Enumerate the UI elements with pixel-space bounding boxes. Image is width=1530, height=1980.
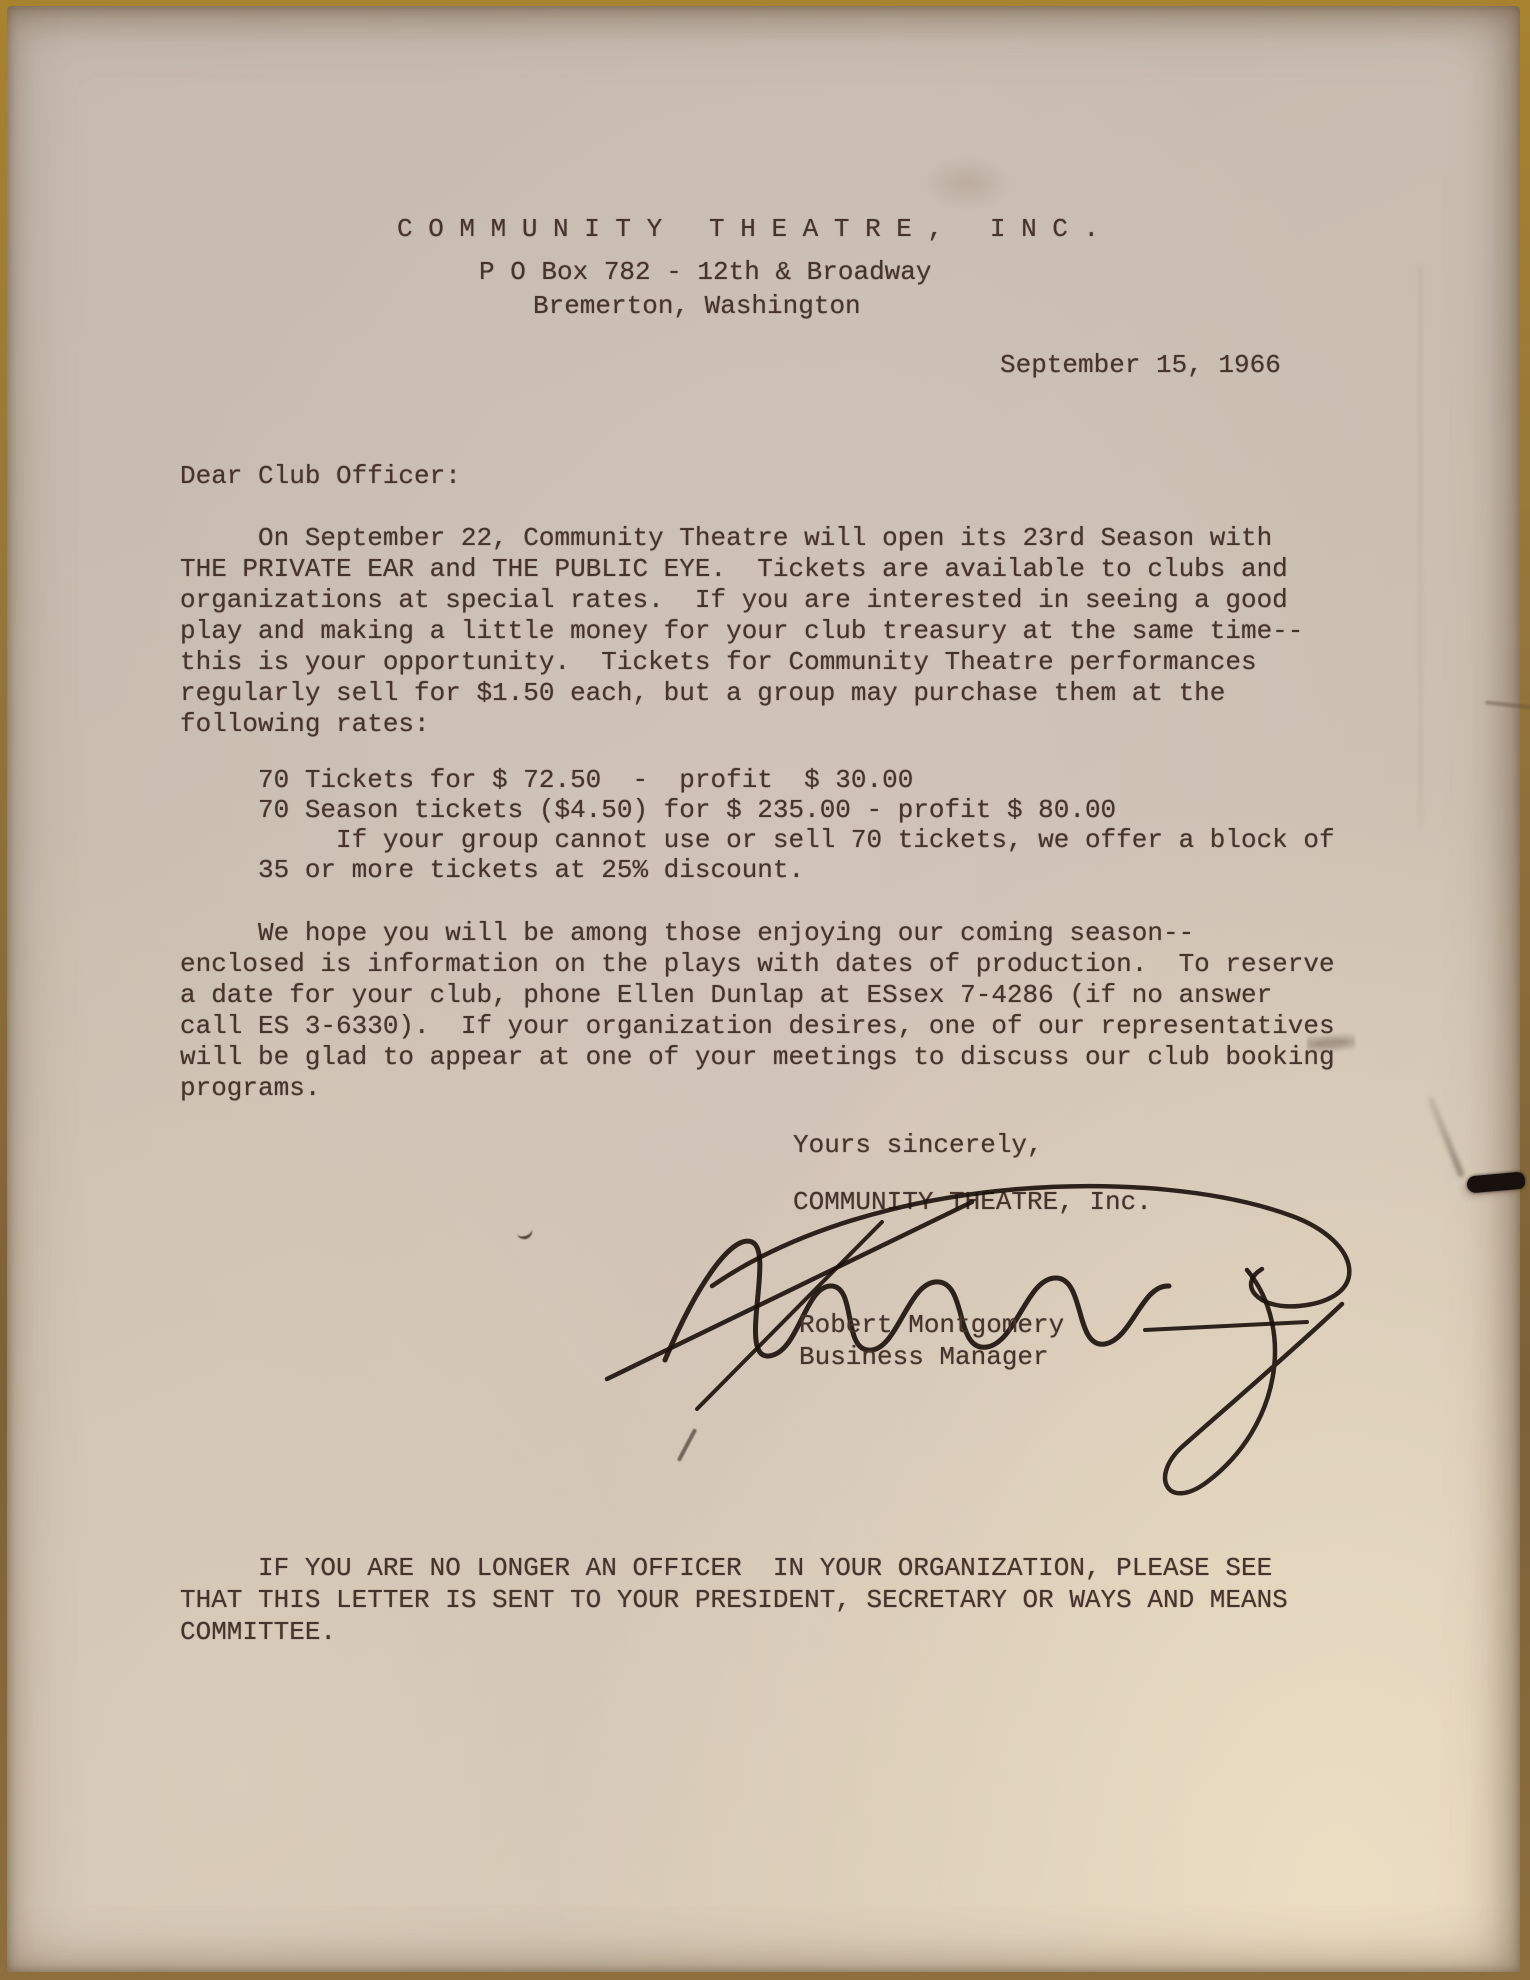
salutation: Dear Club Officer: — [180, 461, 461, 492]
letter-page: C O M M U N I T Y T H E A T R E , I N C … — [7, 6, 1520, 1972]
postscript-notice: IF YOU ARE NO LONGER AN OFFICER IN YOUR … — [180, 1552, 1288, 1648]
paper-stain — [922, 156, 1012, 211]
date-line: September 15, 1966 — [1000, 350, 1281, 381]
paper-crease — [1419, 266, 1422, 826]
paper-scratch — [1485, 700, 1530, 709]
letterhead-address: P O Box 782 - 12th & Broadway — [479, 257, 931, 288]
photo-of-letter: C O M M U N I T Y T H E A T R E , I N C … — [0, 0, 1530, 1980]
body-paragraph-2: We hope you will be among those enjoying… — [180, 918, 1335, 1104]
letterhead-org-name: C O M M U N I T Y T H E A T R E , I N C … — [397, 214, 1099, 245]
ink-blot — [1466, 1172, 1525, 1194]
ticket-rates-block: 70 Tickets for $ 72.50 - profit $ 30.00 … — [180, 765, 1335, 885]
letterhead-city: Bremerton, Washington — [533, 291, 861, 322]
body-paragraph-1: On September 22, Community Theatre will … — [180, 523, 1303, 740]
small-ink-mark — [516, 1226, 535, 1241]
ink-streak — [1427, 1096, 1465, 1178]
signer-title: Business Manager — [799, 1342, 1049, 1373]
signer-name: Robert Montgomery — [799, 1310, 1064, 1341]
valediction: Yours sincerely, — [793, 1130, 1043, 1161]
